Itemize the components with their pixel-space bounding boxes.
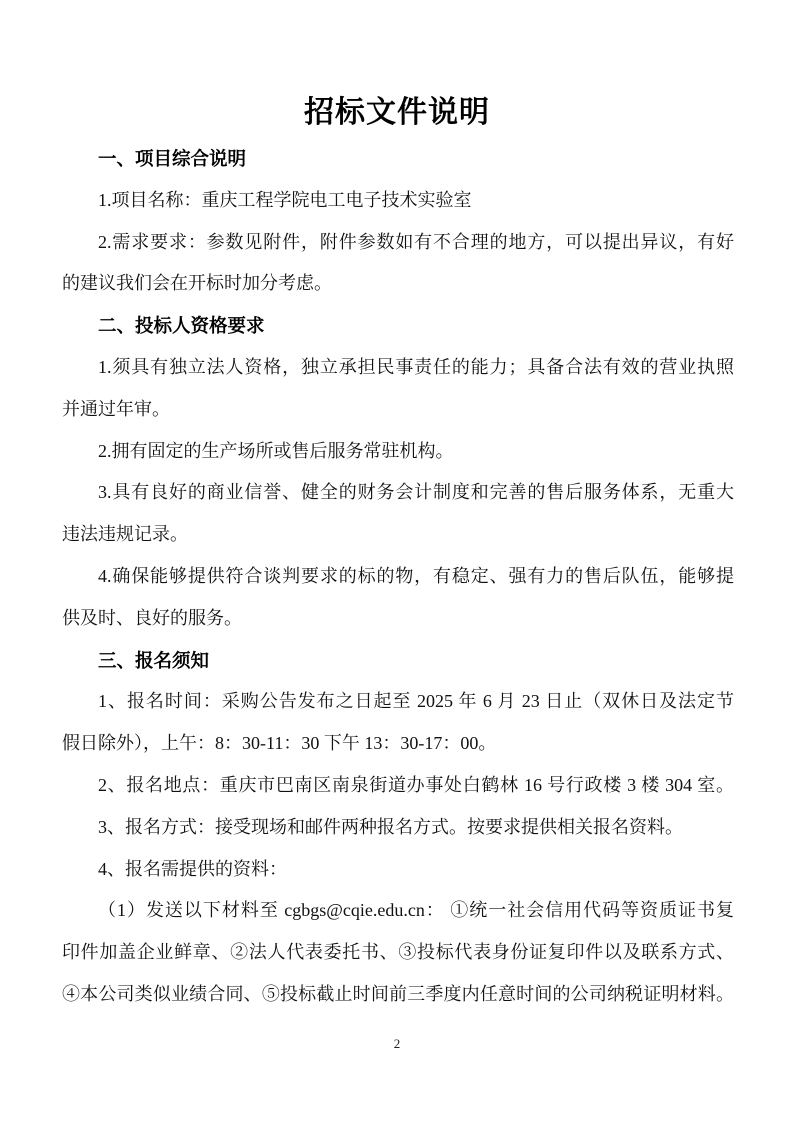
materials-detail-line-2: 印件加盖企业鲜章、②法人代表委托书、③投标代表身份证复印件以及联系方式、	[62, 932, 734, 974]
qualification-4-line-2: 供及时、良好的服务。	[62, 598, 734, 640]
document-title: 招标文件说明	[0, 0, 794, 136]
qualification-2-line: 2.拥有固定的生产场所或售后服务常驻机构。	[62, 431, 734, 473]
section-heading-registration-notice: 三、报名须知	[62, 640, 734, 682]
qualification-1-line-2: 并通过年审。	[62, 389, 734, 431]
requirement-line-2: 的建议我们会在开标时加分考虑。	[62, 263, 734, 305]
registration-time-line-2: 假日除外），上午：8：30-11：30 下午 13：30-17：00。	[62, 723, 734, 765]
registration-time-line-1: 1、报名时间：采购公告发布之日起至 2025 年 6 月 23 日止（双休日及法…	[62, 681, 734, 723]
registration-location-line: 2、报名地点：重庆市巴南区南泉街道办事处白鹤林 16 号行政楼 3 楼 304 …	[62, 765, 734, 807]
registration-method-line: 3、报名方式：接受现场和邮件两种报名方式。按要求提供相关报名资料。	[62, 807, 734, 849]
qualification-3-line-1: 3.具有良好的商业信誉、健全的财务会计制度和完善的售后服务体系，无重大	[62, 472, 734, 514]
qualification-4-line-1: 4.确保能够提供符合谈判要求的标的物，有稳定、强有力的售后队伍，能够提	[62, 556, 734, 598]
registration-materials-intro-line: 4、报名需提供的资料：	[62, 849, 734, 891]
document-body: 一、项目综合说明 1.项目名称：重庆工程学院电工电子技术实验室 2.需求要求：参…	[62, 138, 734, 1016]
project-name-line: 1.项目名称：重庆工程学院电工电子技术实验室	[62, 180, 734, 222]
materials-detail-line-3: ④本公司类似业绩合同、⑤投标截止时间前三季度内任意时间的公司纳税证明材料。	[62, 974, 734, 1016]
document-page: 招标文件说明 一、项目综合说明 1.项目名称：重庆工程学院电工电子技术实验室 2…	[0, 0, 794, 1122]
materials-detail-line-1: （1）发送以下材料至 cgbgs@cqie.edu.cn： ①统一社会信用代码等…	[62, 890, 734, 932]
page-number: 2	[0, 1036, 794, 1052]
section-heading-bidder-qualifications: 二、投标人资格要求	[62, 305, 734, 347]
section-heading-project-overview: 一、项目综合说明	[62, 138, 734, 180]
qualification-1-line-1: 1.须具有独立法人资格，独立承担民事责任的能力；具备合法有效的营业执照	[62, 347, 734, 389]
qualification-3-line-2: 违法违规记录。	[62, 514, 734, 556]
requirement-line-1: 2.需求要求：参数见附件，附件参数如有不合理的地方，可以提出异议，有好	[62, 222, 734, 264]
